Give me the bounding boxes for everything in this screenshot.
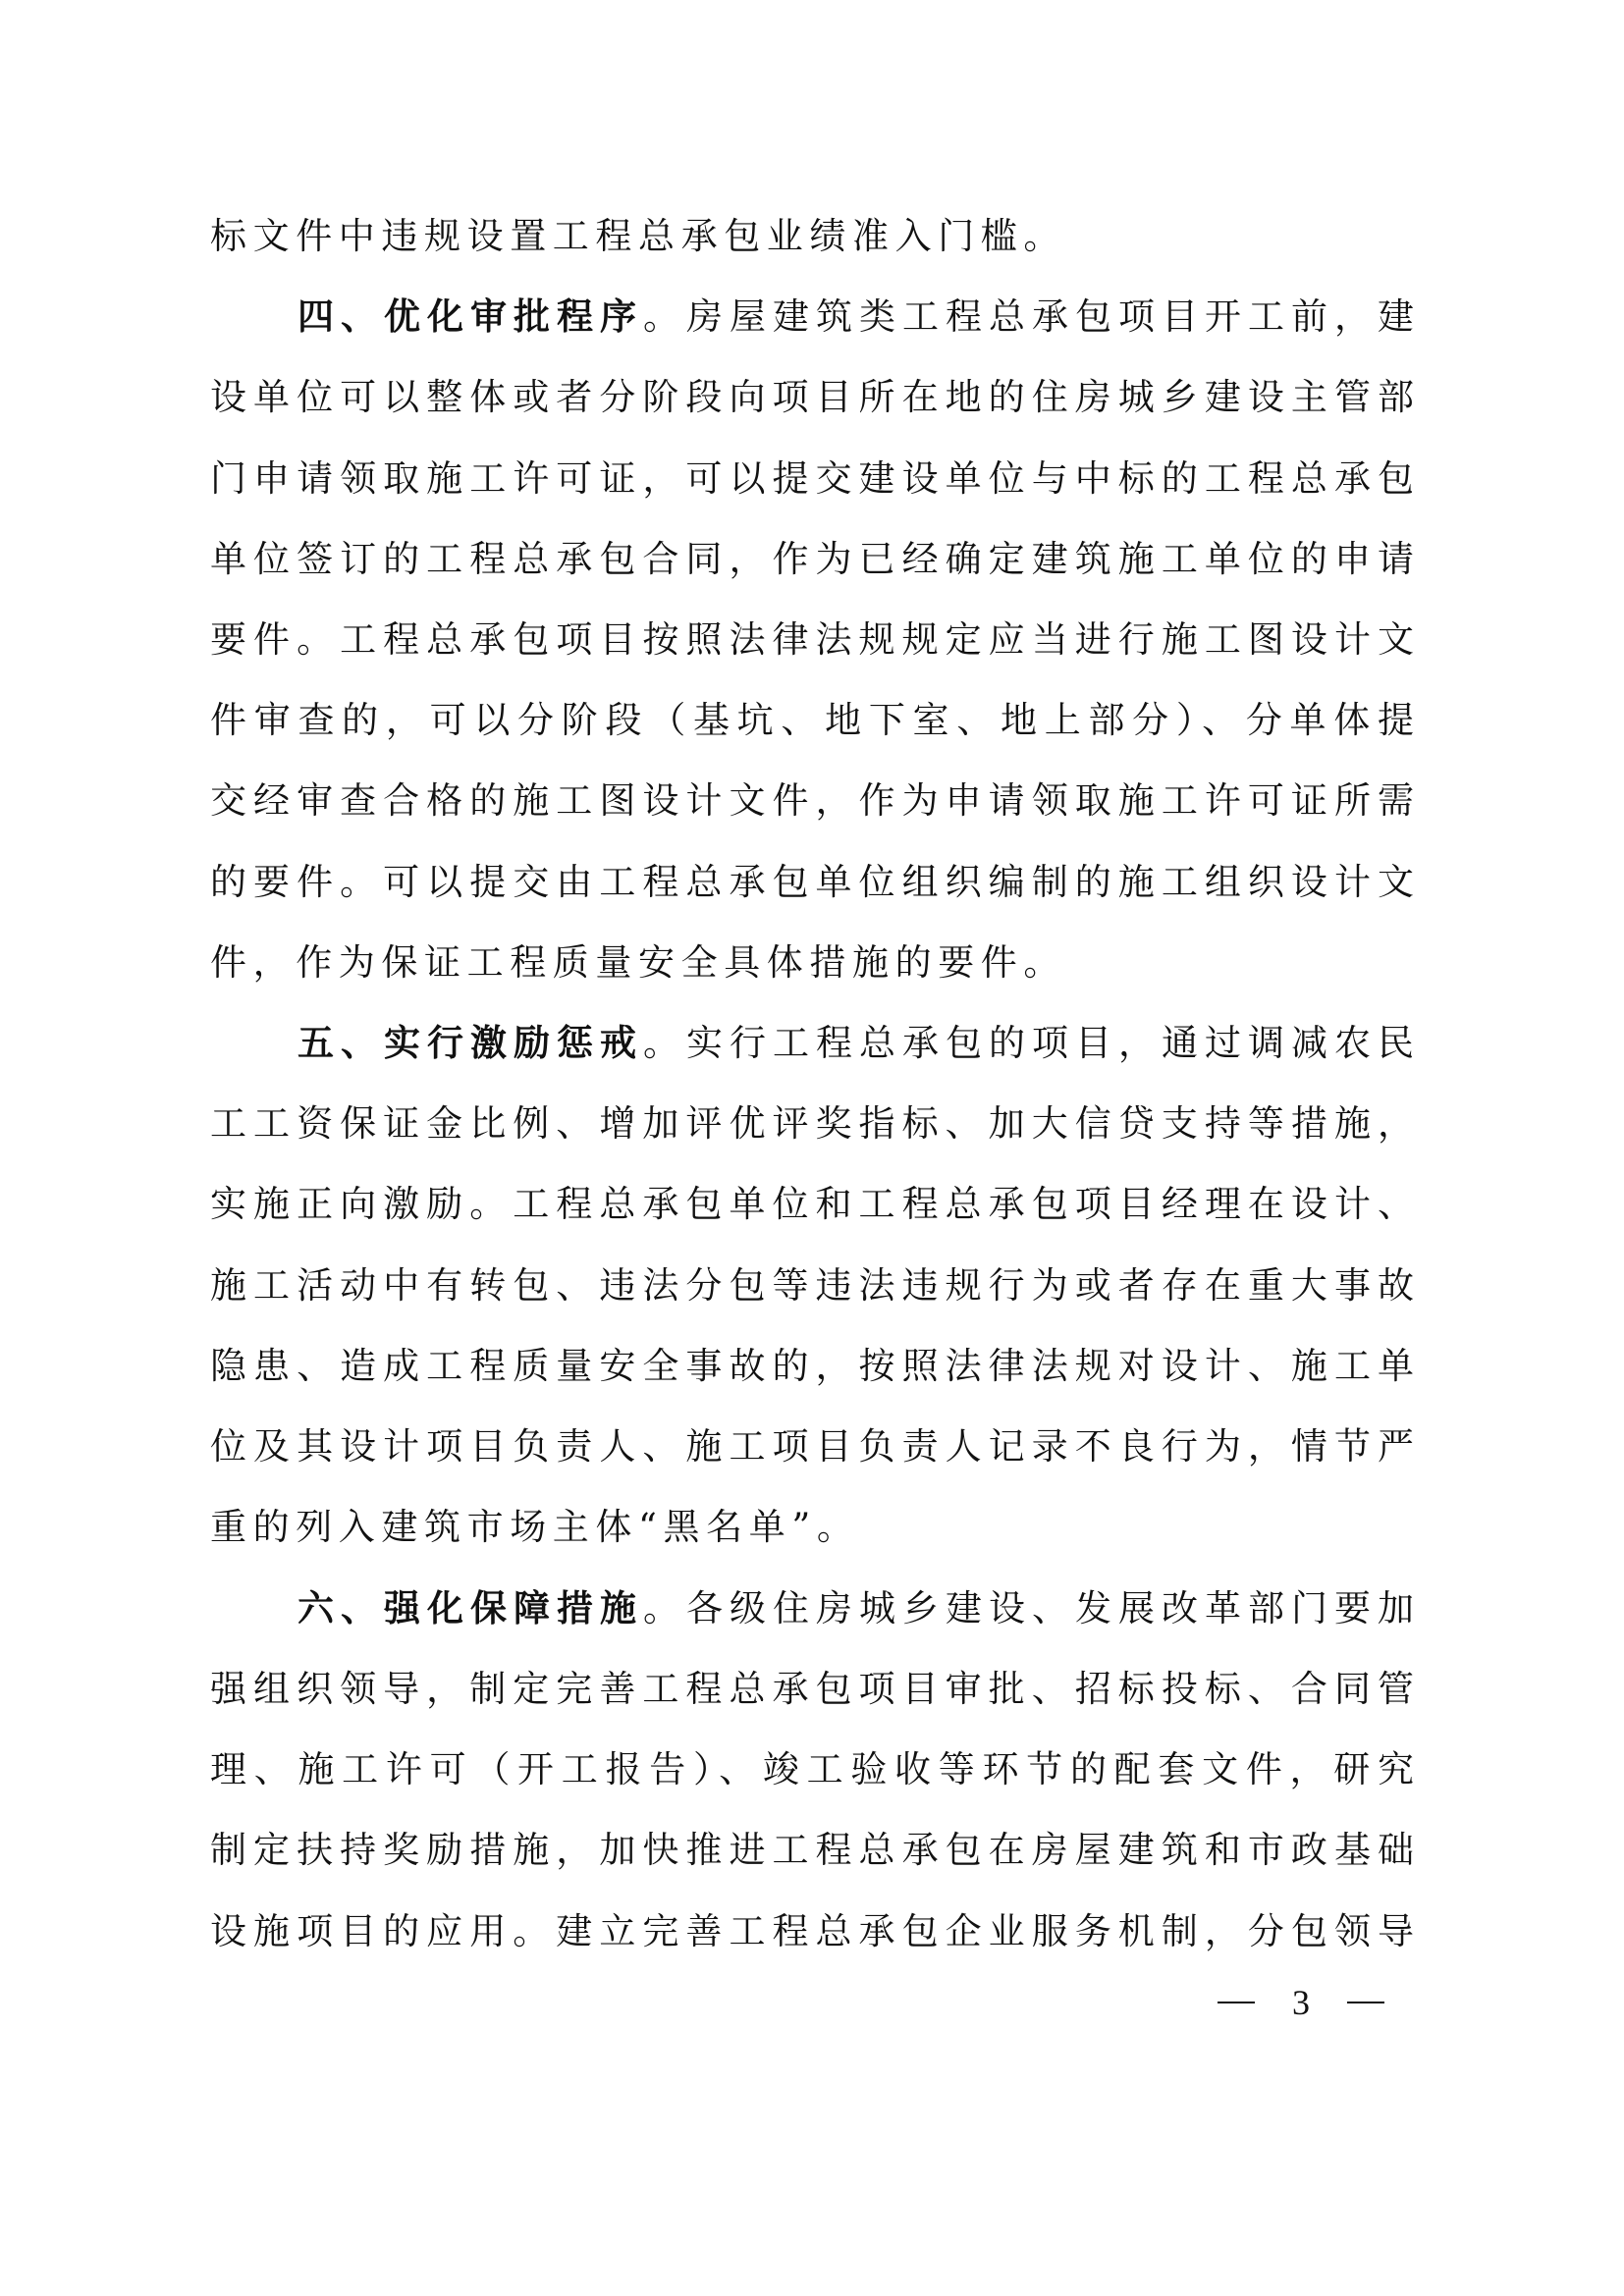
text-line: 制定扶持奖励措施，加快推进工程总承包在房屋建筑和市政基础 xyxy=(210,1829,1414,1872)
line-text: 制定扶持奖励措施，加快推进工程总承包在房屋建筑和市政基础 xyxy=(210,1829,1414,1871)
line-text: 件审查的，可以分阶段（基坑、地下室、地上部分）、分单体提 xyxy=(210,699,1414,741)
line-text: 强组织领导，制定完善工程总承包项目审批、招标投标、合同管 xyxy=(210,1668,1414,1710)
page-number: 3 xyxy=(1218,1981,1384,2024)
line-text: 。房屋建筑类工程总承包项目开工前，建 xyxy=(643,295,1414,338)
text-line: 强组织领导，制定完善工程总承包项目审批、招标投标、合同管 xyxy=(210,1668,1414,1711)
line-text: 工工资保证金比例、增加评优评奖指标、加大信贷支持等措施， xyxy=(210,1102,1414,1145)
line-text: 设施项目的应用。建立完善工程总承包企业服务机制，分包领导 xyxy=(210,1910,1414,1952)
text-line: 理、施工许可（开工报告）、竣工验收等环节的配套文件，研究 xyxy=(210,1748,1414,1791)
line-text: 。实行工程总承包的项目，通过调减农民 xyxy=(643,1022,1414,1064)
text-line: 重的列入建筑市场主体“黑名单”。 xyxy=(210,1506,1414,1549)
text-line: 单位签订的工程总承包合同，作为已经确定建筑施工单位的申请 xyxy=(210,538,1414,581)
line-text: 。各级住房城乡建设、发展改革部门要加 xyxy=(643,1587,1414,1629)
line-text: 理、施工许可（开工报告）、竣工验收等环节的配套文件，研究 xyxy=(210,1748,1414,1790)
text-line: 交经审查合格的施工图设计文件，作为申请领取施工许可证所需 xyxy=(210,779,1414,823)
section-heading-4: 四、优化审批程序 xyxy=(298,295,643,338)
section-heading-5: 五、实行激励惩戒 xyxy=(298,1022,643,1064)
line-text: 重的列入建筑市场主体“黑名单”。 xyxy=(210,1506,859,1548)
line-text: 实施正向激励。工程总承包单位和工程总承包项目经理在设计、 xyxy=(210,1183,1414,1225)
text-line: 设施项目的应用。建立完善工程总承包企业服务机制，分包领导 xyxy=(210,1910,1414,1953)
line-text: 施工活动中有转包、违法分包等违法违规行为或者存在重大事故 xyxy=(210,1264,1414,1307)
section-heading-line: 四、优化审批程序。房屋建筑类工程总承包项目开工前，建 xyxy=(298,295,1414,339)
text-line: 门申请领取施工许可证，可以提交建设单位与中标的工程总承包 xyxy=(210,457,1414,501)
line-text: 位及其设计项目负责人、施工项目负责人记录不良行为，情节严 xyxy=(210,1425,1414,1468)
text-line: 实施正向激励。工程总承包单位和工程总承包项目经理在设计、 xyxy=(210,1183,1414,1226)
section-heading-line: 六、强化保障措施。各级住房城乡建设、发展改革部门要加 xyxy=(298,1587,1414,1630)
text-line: 件，作为保证工程质量安全具体措施的要件。 xyxy=(210,941,1414,985)
dash-left xyxy=(1218,2002,1255,2003)
line-text: 交经审查合格的施工图设计文件，作为申请领取施工许可证所需 xyxy=(210,779,1414,822)
line-text: 要件。工程总承包项目按照法律法规规定应当进行施工图设计文 xyxy=(210,618,1414,661)
line-text: 件，作为保证工程质量安全具体措施的要件。 xyxy=(210,941,1066,984)
text-line: 施工活动中有转包、违法分包等违法违规行为或者存在重大事故 xyxy=(210,1264,1414,1308)
line-text: 设单位可以整体或者分阶段向项目所在地的住房城乡建设主管部 xyxy=(210,376,1414,418)
text-line: 设单位可以整体或者分阶段向项目所在地的住房城乡建设主管部 xyxy=(210,376,1414,419)
section-heading-6: 六、强化保障措施 xyxy=(298,1587,643,1629)
text-line: 的要件。可以提交由工程总承包单位组织编制的施工组织设计文 xyxy=(210,861,1414,904)
text-line: 工工资保证金比例、增加评优评奖指标、加大信贷支持等措施， xyxy=(210,1102,1414,1146)
text-line: 位及其设计项目负责人、施工项目负责人记录不良行为，情节严 xyxy=(210,1425,1414,1468)
line-text: 单位签订的工程总承包合同，作为已经确定建筑施工单位的申请 xyxy=(210,538,1414,580)
line-text: 标文件中违规设置工程总承包业绩准入门槛。 xyxy=(210,215,1066,257)
document-page: 标文件中违规设置工程总承包业绩准入门槛。 四、优化审批程序。房屋建筑类工程总承包… xyxy=(0,0,1624,2296)
page-number-value: 3 xyxy=(1292,1981,1310,2024)
text-line: 件审查的，可以分阶段（基坑、地下室、地上部分）、分单体提 xyxy=(210,699,1414,742)
line-text: 的要件。可以提交由工程总承包单位组织编制的施工组织设计文 xyxy=(210,861,1414,903)
dash-right xyxy=(1347,2002,1384,2003)
text-line: 标文件中违规设置工程总承包业绩准入门槛。 xyxy=(210,215,1414,258)
section-heading-line: 五、实行激励惩戒。实行工程总承包的项目，通过调减农民 xyxy=(298,1022,1414,1065)
line-text: 门申请领取施工许可证，可以提交建设单位与中标的工程总承包 xyxy=(210,457,1414,500)
text-line: 隐患、造成工程质量安全事故的，按照法律法规对设计、施工单 xyxy=(210,1345,1414,1388)
line-text: 隐患、造成工程质量安全事故的，按照法律法规对设计、施工单 xyxy=(210,1345,1414,1387)
text-line: 要件。工程总承包项目按照法律法规规定应当进行施工图设计文 xyxy=(210,618,1414,662)
